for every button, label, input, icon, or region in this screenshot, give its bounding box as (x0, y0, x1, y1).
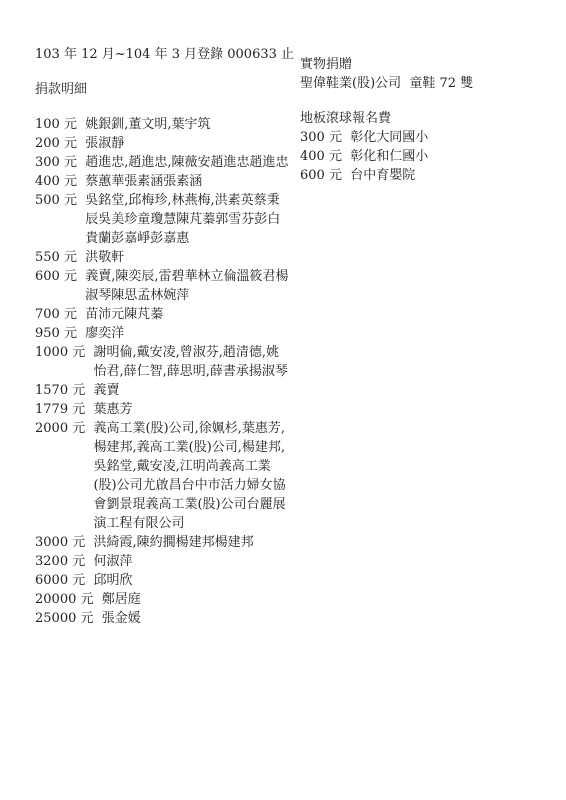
donor-names: 義賣 (93, 381, 119, 400)
donation-entry: 600 元 台中育嬰院 (300, 166, 550, 185)
donor-names: 彰化大同國小 (350, 128, 428, 147)
donation-entry: 2000 元 義高工業(股)公司,徐姵杉,葉惠芳,楊建邦,義高工業(股)公司,楊… (35, 419, 290, 533)
donor-names: 吳銘堂,邱梅珍,林燕梅,洪素英蔡秉辰吳美珍童瓊慧陳芃蓁郭雪芬彭白貴蘭彭嘉崢彭嘉惠 (85, 191, 290, 248)
donation-entry: 3200 元 何淑萍 (35, 552, 290, 571)
donation-entry: 1570 元 義賣 (35, 381, 290, 400)
donor-names: 姚銀釧,董文明,葉宇筑 (85, 115, 210, 134)
donation-entry: 20000 元 鄭居庭 (35, 590, 290, 609)
donation-amount: 1000 元 (35, 343, 85, 381)
donation-amount: 3000 元 (35, 533, 85, 552)
donation-amount: 300 元 (35, 153, 77, 172)
donor-names: 張淑靜 (85, 134, 124, 153)
donor-names: 謝明倫,戴安凌,曾淑芬,趙清德,姚怡君,薛仁智,薛思明,薛書承揚淑琴 (93, 343, 290, 381)
donor-names: 台中育嬰院 (350, 166, 415, 185)
goods-donation-line: 聖偉鞋業(股)公司 童鞋 72 雙 (300, 74, 550, 93)
donation-amount: 600 元 (300, 166, 342, 185)
donor-names: 邱明欣 (93, 571, 132, 590)
donation-amount: 6000 元 (35, 571, 85, 590)
donation-amount: 3200 元 (35, 552, 85, 571)
donation-entry: 600 元 義賣,陳奕辰,雷碧華林立倫溫筱君楊淑琴陳思孟林婉萍 (35, 267, 290, 305)
donation-entry: 550 元 洪敬軒 (35, 248, 290, 267)
donor-names: 蔡蕙華張素涵張素涵 (85, 172, 202, 191)
donation-details-column: 103 年 12 月~104 年 3 月登錄 000633 止 捐款明細 100… (35, 45, 290, 628)
donor-names: 何淑萍 (93, 552, 132, 571)
donation-amount: 20000 元 (35, 590, 94, 609)
donor-names: 苗沛元陳芃蓁 (85, 305, 163, 324)
donation-entry: 400 元 彰化和仁國小 (300, 147, 550, 166)
donation-amount: 400 元 (35, 172, 77, 191)
donor-names: 彰化和仁國小 (350, 147, 428, 166)
other-donations-column: 實物捐贈 聖偉鞋業(股)公司 童鞋 72 雙 地板滾球報名費 300 元 彰化大… (300, 55, 550, 185)
boccia-fee-title: 地板滾球報名費 (300, 109, 550, 128)
donation-entry: 6000 元 邱明欣 (35, 571, 290, 590)
donation-list: 100 元 姚銀釧,董文明,葉宇筑200 元 張淑靜300 元 趙進忠,趙進忠,… (35, 115, 290, 628)
donation-entry: 500 元 吳銘堂,邱梅珍,林燕梅,洪素英蔡秉辰吳美珍童瓊慧陳芃蓁郭雪芬彭白貴蘭… (35, 191, 290, 248)
registration-period: 103 年 12 月~104 年 3 月登錄 000633 止 (35, 45, 290, 64)
donation-amount: 950 元 (35, 324, 77, 343)
donation-amount: 300 元 (300, 128, 342, 147)
donation-entry: 700 元 苗沛元陳芃蓁 (35, 305, 290, 324)
donation-entry: 300 元 彰化大同國小 (300, 128, 550, 147)
donation-amount: 550 元 (35, 248, 77, 267)
donor-names: 廖奕洋 (85, 324, 124, 343)
donor-names: 義賣,陳奕辰,雷碧華林立倫溫筱君楊淑琴陳思孟林婉萍 (85, 267, 290, 305)
donation-entry: 1000 元 謝明倫,戴安凌,曾淑芬,趙清德,姚怡君,薛仁智,薛思明,薛書承揚淑… (35, 343, 290, 381)
goods-donation-title: 實物捐贈 (300, 55, 550, 74)
donation-entry: 300 元 趙進忠,趙進忠,陳薇安趙進忠趙進忠 (35, 153, 290, 172)
boccia-fee-list: 300 元 彰化大同國小400 元 彰化和仁國小600 元 台中育嬰院 (300, 128, 550, 185)
donation-amount: 700 元 (35, 305, 77, 324)
donation-entry: 1779 元 葉惠芳 (35, 400, 290, 419)
donor-names: 葉惠芳 (93, 400, 132, 419)
donation-entry: 100 元 姚銀釧,董文明,葉宇筑 (35, 115, 290, 134)
donor-names: 義高工業(股)公司,徐姵杉,葉惠芳,楊建邦,義高工業(股)公司,楊建邦,吳銘堂,… (93, 419, 290, 533)
donor-names: 張金媛 (102, 609, 141, 628)
donation-amount: 400 元 (300, 147, 342, 166)
donor-names: 洪綺霞,陳約撊楊建邦楊建邦 (93, 533, 253, 552)
donation-amount: 1570 元 (35, 381, 85, 400)
donor-names: 洪敬軒 (85, 248, 124, 267)
donation-details-title: 捐款明細 (35, 80, 290, 99)
donation-amount: 1779 元 (35, 400, 85, 419)
donation-amount: 600 元 (35, 267, 77, 305)
donation-entry: 3000 元 洪綺霞,陳約撊楊建邦楊建邦 (35, 533, 290, 552)
donor-names: 趙進忠,趙進忠,陳薇安趙進忠趙進忠 (85, 153, 288, 172)
donation-amount: 100 元 (35, 115, 77, 134)
donation-entry: 200 元 張淑靜 (35, 134, 290, 153)
donation-amount: 2000 元 (35, 419, 85, 533)
donation-entry: 950 元 廖奕洋 (35, 324, 290, 343)
donation-entry: 400 元 蔡蕙華張素涵張素涵 (35, 172, 290, 191)
donation-amount: 200 元 (35, 134, 77, 153)
donation-amount: 25000 元 (35, 609, 94, 628)
donation-entry: 25000 元 張金媛 (35, 609, 290, 628)
donor-names: 鄭居庭 (102, 590, 141, 609)
donation-amount: 500 元 (35, 191, 77, 248)
